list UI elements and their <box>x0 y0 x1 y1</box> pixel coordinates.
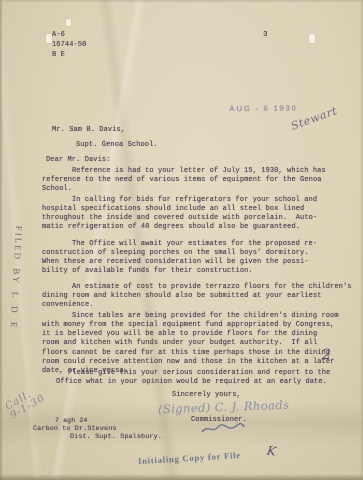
margin-number-note: 2 <box>322 347 331 363</box>
letter-page: A-6 16744-50 B E 3 AUG - 6 1930 Stewart … <box>0 0 363 480</box>
closing: Sincerely yours, <box>172 391 241 399</box>
body-paragraph-4: An estimate of cost to provide terrazzo … <box>42 283 363 310</box>
recipient-title: Supt. Genoa School. <box>76 141 158 149</box>
page-number: 3 <box>263 31 268 39</box>
file-code-line2: 16744-50 <box>52 41 86 49</box>
salutation: Dear Mr. Davis: <box>46 156 111 164</box>
signature-flourish-icon <box>200 422 246 436</box>
paper-edge-top <box>0 0 363 3</box>
paper-edge-left <box>0 0 3 480</box>
paper-edge-bottom <box>0 474 363 480</box>
received-date-stamp: AUG - 6 1930 <box>229 104 298 114</box>
paper-speck <box>309 34 315 43</box>
body-paragraph-2: In calling for bids for refrigerators fo… <box>42 196 363 233</box>
paper-speck <box>66 19 71 26</box>
body-paragraph-3: The Office will await your estimates for… <box>42 240 363 277</box>
filed-by-stamp: FILED BY L D E <box>9 225 24 329</box>
file-check-mark: K <box>266 443 277 458</box>
carbon-note-line1: Carbon to Dr.Stevens <box>33 425 117 433</box>
recipient-name: Mr. Sam B. Davis, <box>52 126 125 134</box>
initialing-copy-stamp: Initialing Copy for File <box>138 450 241 466</box>
file-code-line3: B E <box>52 51 65 59</box>
signature-stamp: (Signed) C. J. Rhoads <box>158 398 290 417</box>
typist-initials: 7 agh 24 <box>55 417 87 424</box>
body-paragraph-1: Reference is had to your letter of July … <box>42 167 363 194</box>
carbon-note-line2: Dist. Supt. Spalsbury. <box>70 433 162 441</box>
body-paragraph-5: Since tables are being provided for the … <box>42 312 363 376</box>
body-paragraph-6: Please give this your serious considerat… <box>56 369 356 387</box>
file-code-line1: A-6 <box>52 31 65 39</box>
call-date-note: Call. 9-1-30 <box>4 385 47 421</box>
